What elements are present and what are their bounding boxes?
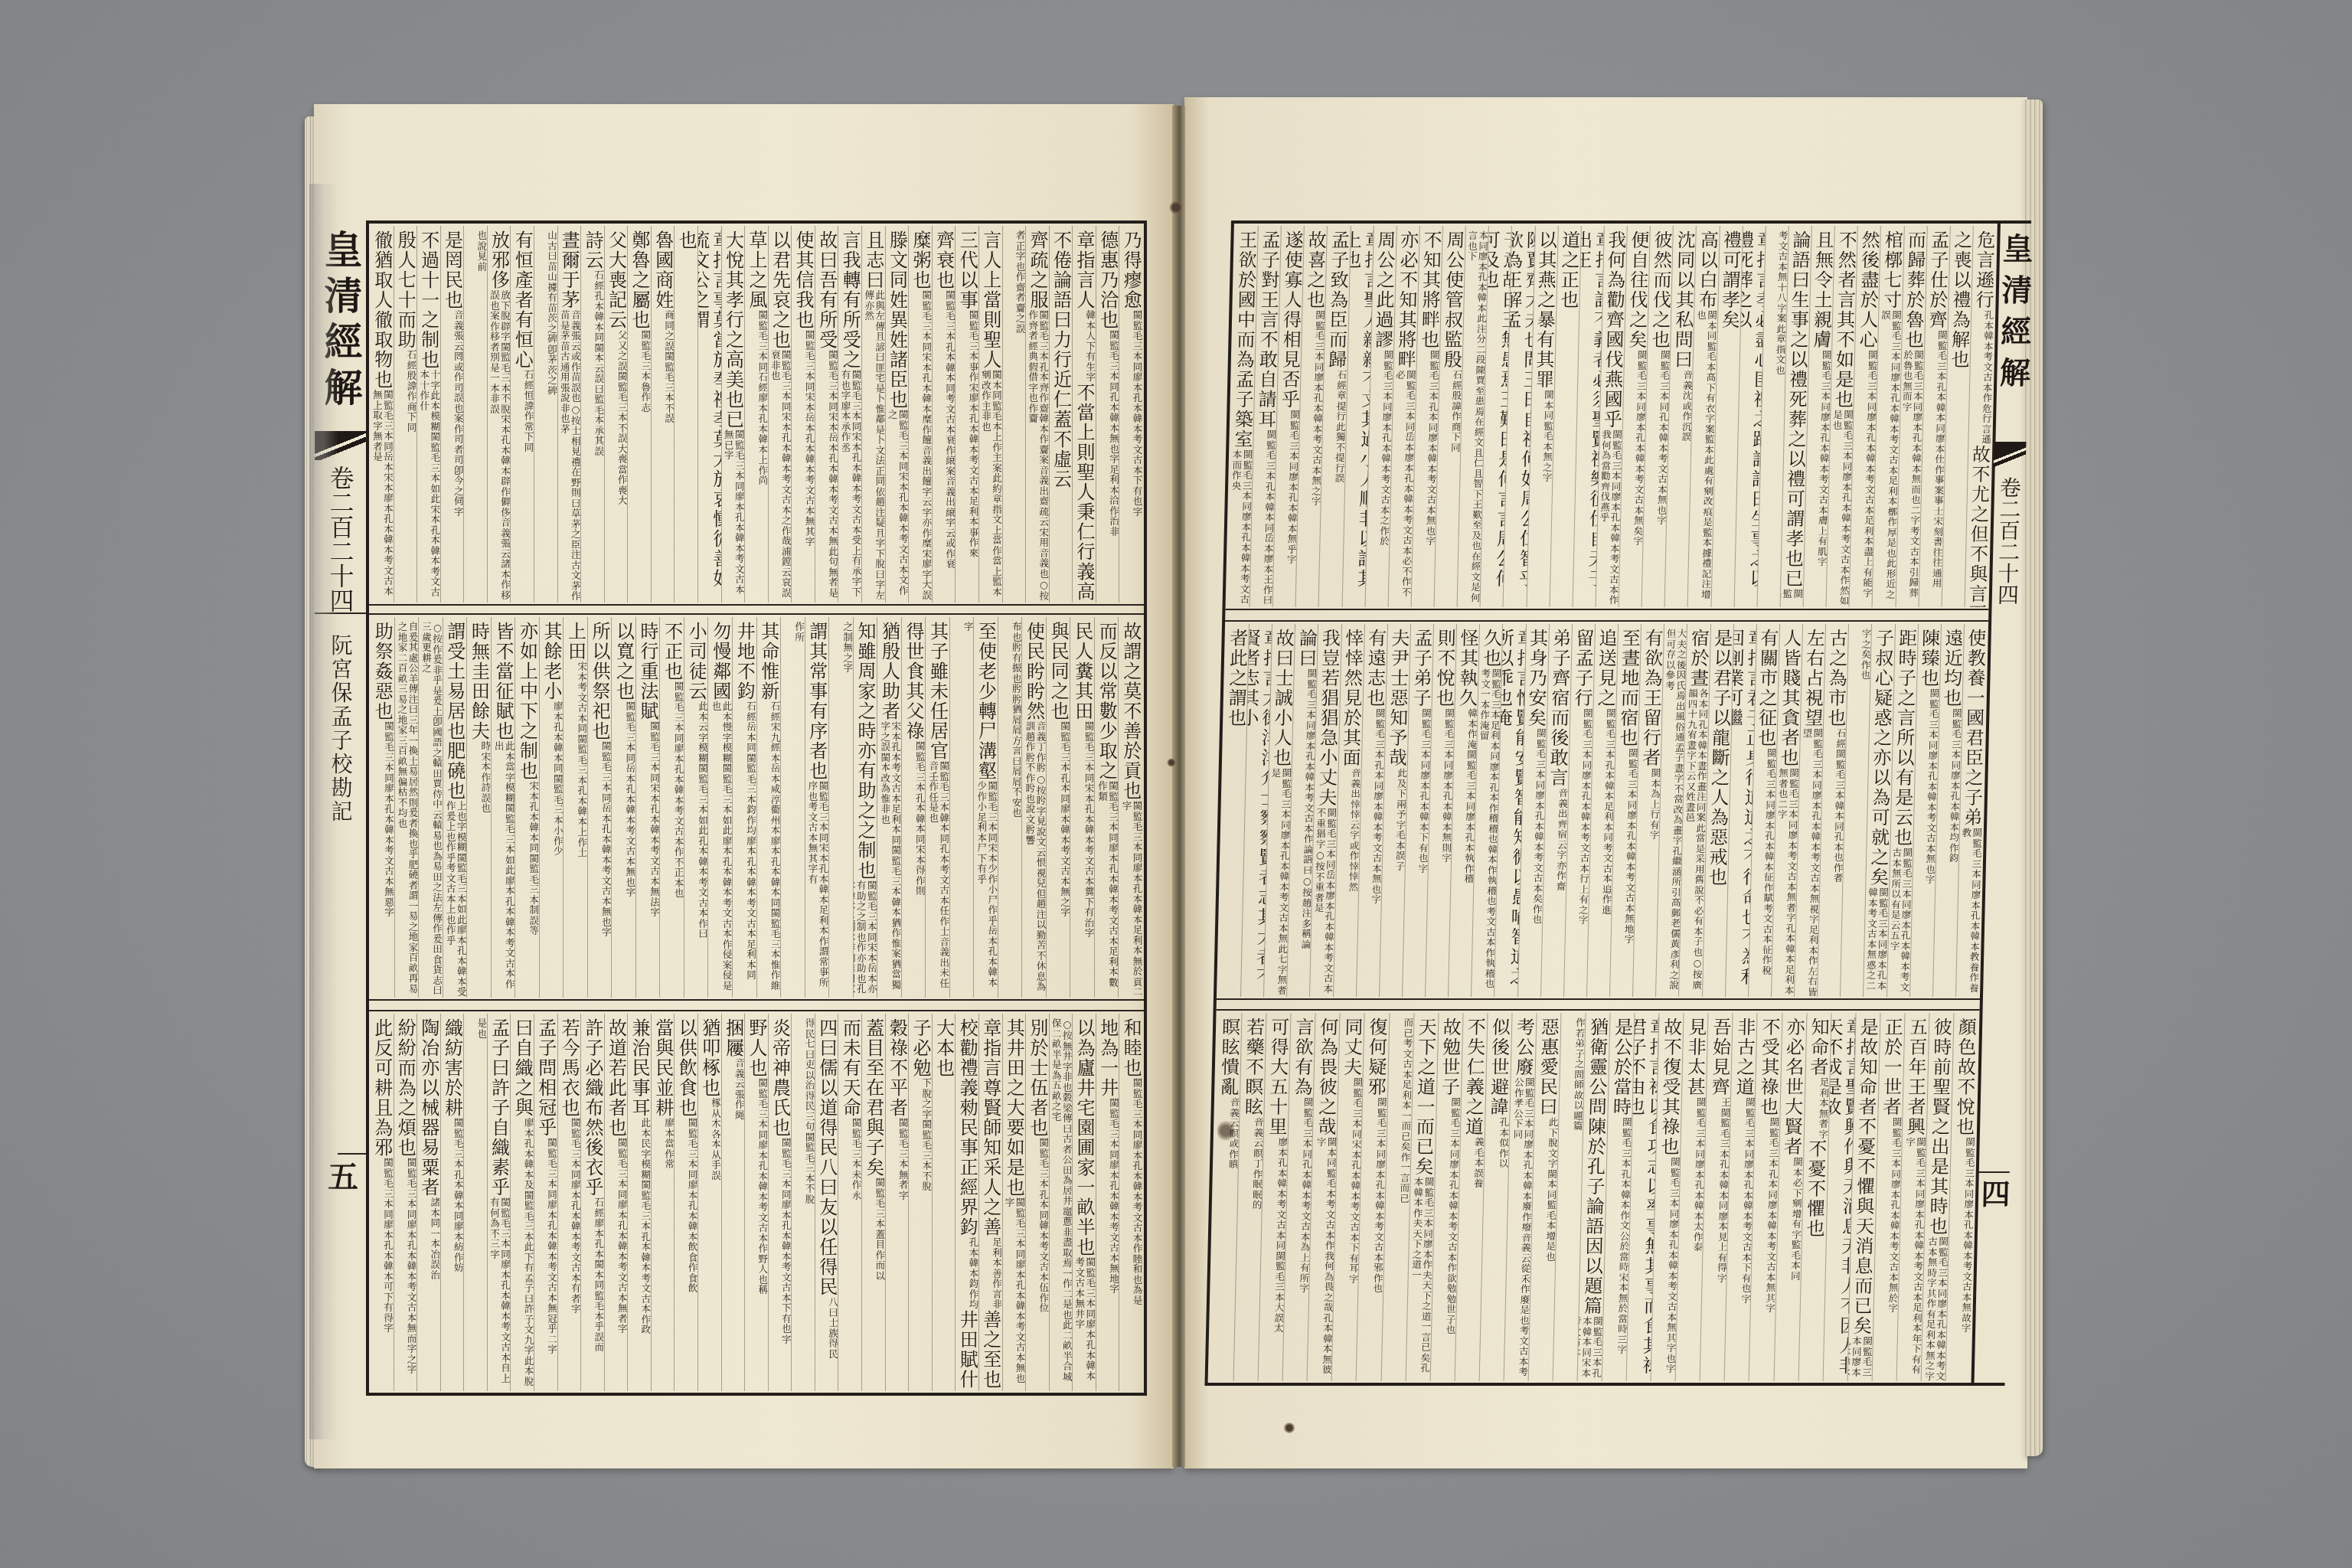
main-text: 則不悅也 — [1432, 629, 1455, 708]
main-text: 以君先哀之也 — [769, 230, 791, 350]
main-text: 魯國商姓 — [652, 230, 674, 310]
text-column: 猶叩椓也椓从木各本从手誤 — [697, 1014, 721, 1391]
main-text: 道之正也 — [1557, 230, 1580, 310]
text-column: 滕文同姓異姓諸臣也閩監毛三本同宋本孔本韓本考文古本文作之 — [885, 226, 909, 603]
main-text: 紛紛而為之煩也 — [394, 1018, 416, 1158]
main-text: 德惠乃洽也 — [1097, 230, 1119, 330]
main-text: 悻悻然見於其面 — [1339, 629, 1364, 768]
main-text: 也 — [675, 230, 697, 250]
annotation-text: 閩監毛三本同廖本孔本韓本足利本無於貢二字 — [1119, 801, 1142, 998]
annotation-text: 閩監毛三本同宋本孔本韓本考文古本文作之 — [886, 410, 909, 603]
main-text: 同丈夫 — [1341, 1018, 1364, 1077]
main-text: 謂其常事有序者也 — [806, 622, 828, 781]
annotation-text: 商同之誤閩監毛三本不誤 — [652, 310, 675, 603]
main-text: 其身乃安矣 — [1524, 629, 1548, 728]
main-text: 者此之謂也 — [1224, 629, 1248, 728]
annotation-text: 閩監毛三本同廖本孔本韓本考文古本無已字 — [722, 430, 745, 603]
text-column: 而未有天命閩監毛三本未作永 — [838, 1014, 861, 1391]
main-text: 大悅其孝行之高美也已 — [722, 230, 743, 430]
annotation-text: 閩監毛三本同宋本岳本亦有助之之制也作亦助也孔本韓本足利本作知雖周家時亦助也考文古… — [854, 880, 877, 998]
main-text: 野人也 — [746, 1018, 767, 1078]
main-text: 四曰儒以道得民八曰友以任得民 — [816, 1018, 838, 1297]
main-text: 其子雖未任居官 — [926, 622, 948, 761]
annotation-text: 廖本孔本韓本同閩監毛三本小作少 — [540, 701, 563, 998]
text-column: 大本也 — [932, 1014, 955, 1391]
text-column: 得民七曰吏以治得民三句閩監毛三本不脫 — [791, 1014, 815, 1391]
strip-divider-lower — [338, 1153, 366, 1155]
annotation-text: 閩監毛三本同廖本孔本韓本考文古本而作央 — [1227, 449, 1253, 607]
annotation-text: 宋本考文古本同閩監毛三本孔本韓本上作土 — [563, 661, 587, 998]
main-text: 故謂之莫不善於貢也 — [1120, 622, 1142, 801]
main-text: 而反以常數少取之 — [1096, 622, 1117, 781]
annotation-text: 父又之誤閩監毛三本不誤大喪當作喪大 — [605, 330, 628, 603]
annotation-text: 也說見前 — [464, 230, 487, 603]
main-text: 時行重法賦 — [637, 622, 658, 721]
annotation-text: 閩監毛三本孔本韓本同宋本得作則 — [902, 741, 926, 998]
main-text: 棺槨七寸 — [1880, 230, 1903, 310]
main-text: 遠近均也 — [1940, 629, 1963, 708]
annotation-text: ○按作爰非乎是爰土卽國語之轅田賈侍中云轅易也為易田之法左傳作爰田食貨志曰三歲更耕… — [419, 622, 443, 998]
main-text-continued: 不憂不懼也 — [1803, 1139, 1827, 1239]
main-text: 是公於當時 — [1609, 1018, 1633, 1117]
text-column: 亦如上中下之制也宋本孔本韓本同閩監毛三本制誤等 — [514, 617, 539, 998]
annotation-text: 閩監毛三本同廖本孔本韓本考文古本作野人也稱 — [745, 1078, 768, 1391]
text-column: 不正也閩監毛三本同廖本孔本韓本考文古本作不正本也 — [659, 617, 684, 998]
main-text: 且志曰 — [863, 230, 884, 290]
annotation-text: 閩監毛三本未作永 — [838, 1118, 861, 1391]
main-text: 故不復受其祿也 — [1658, 1018, 1682, 1157]
annotation-text: 音義張云罔或作司誤也案作司者司卽今之伺字 — [441, 310, 464, 603]
text-column: 使民盻盻然音義丁作肹○按盻字見說文云恨視兒但趙注以勤苦不休息為訓趙作肹不作盻也說… — [1021, 617, 1046, 998]
main-text: 彼時前聖賢之出是其時也 — [1926, 1018, 1952, 1236]
text-column: 兼治民事耳此本民字模糊閩監毛三本孔本韓本考文古本作政 — [627, 1014, 651, 1391]
text-column: 子必勉下脫之字閩監毛三本不脫 — [908, 1014, 932, 1391]
annotation-text: 諸本同一本冶誤治 — [417, 1197, 440, 1391]
text-column: 而反以常數少取之閩監毛三本同廖本孔本韓本考文古本足利本數作類 — [1094, 617, 1119, 998]
main-text: 顏色故不悅也 — [1952, 1018, 1977, 1137]
main-text: 故曰吾有所受 — [816, 230, 838, 350]
annotation-text: 此本云字模糊閩監毛三本如此孔本韓本考文古本作曰 — [684, 701, 708, 998]
main-text: 此反可耕且為邪 — [371, 1018, 393, 1158]
main-text-continued: 故不尤之但不與言至於公行 — [1964, 445, 1990, 608]
strip-divider-lower — [1978, 1171, 2010, 1173]
text-column: 時行重法賦閩監毛三本同宋本孔本韓本考文古本無法字 — [635, 617, 660, 998]
annotation-text: 閩監毛三本同孔本韓本 — [1780, 589, 1803, 607]
annotation-text: 閩監毛三本同孔本韓本無也字足利本洽作治非 — [1096, 330, 1119, 603]
annotation-text: 上也字模糊閩監毛三本如此廖本孔本韓本受作爰上也作乎考文古本上也作乎 — [443, 801, 467, 998]
page-edge-blur — [309, 184, 338, 1439]
main-text: 詩云 — [582, 230, 603, 270]
text-column: 以寬之也閩監毛三本同岳本孔本韓本考文古本無也字 — [611, 617, 635, 998]
text-column: 謂其常事有序者也閩監毛三本同宋本孔本韓本足利本作謂常事所序也考文古本無其字有 — [805, 617, 829, 998]
annotation-text: 閩監毛三本同廖本孔本韓本考文古本足利本數作類 — [1095, 781, 1119, 998]
annotation-text: 閩監毛三本同宋本少作小尸作乎岳本孔本韓本少作小足利本尸下有乎 — [974, 781, 998, 998]
annotation-text: 閩監毛三本同廖本孔本韓本考文古本下有也字 — [769, 1138, 792, 1391]
annotation-text: 孔本韓本考文古本作危行言遜 — [1968, 310, 1994, 445]
text-column: 許子必織布然後衣乎石經廖本孔本閩本同監毛本乎誤而 — [580, 1014, 604, 1391]
annotation-text: 宋本孔本考文古本足利本同閩監毛三本韓本猶作惟案猶當獨字之誤閩本改為惟非也 — [877, 721, 901, 998]
annotation-text: 閩監毛三本同岳本宋本廖本孔本韓本考文古本無上取字無者是 — [371, 390, 394, 603]
annotation-text: 閩監毛三本孔本同廖本韓本考文古本無之字 — [1047, 721, 1070, 998]
text-column: 字 — [949, 617, 974, 998]
text-column: 至使老少轉尸溝壑閩監毛三本同宋本少作小尸作乎岳本孔本韓本少作小足利本尸下有乎 — [973, 617, 998, 998]
main-text: 言我轉有所受之 — [839, 230, 861, 370]
main-text: 時無圭田餘夫 — [468, 622, 489, 741]
annotation-text: 孔本韓本鈞作均 — [955, 1237, 978, 1310]
main-text: 以其燕之暴有其罪 — [1532, 230, 1557, 390]
main-text: 大本也 — [933, 1018, 955, 1078]
main-text: 使民盻盻然 — [1024, 622, 1045, 721]
left-text-frame: 乃得瘳愈閩監毛三本同廖本孔本韓本考文古本下有也字德惠乃洽也閩監毛三本同孔本韓本無… — [366, 220, 1147, 1396]
annotation-text: 石經孔本韓本同閩本云誤曰監毛本承其誤 — [581, 270, 604, 603]
annotation-text: 宋本孔本韓本同閩監毛三本制誤等 — [515, 781, 539, 998]
text-column: 當與民並耕廖本當作常 — [651, 1014, 675, 1391]
main-text: 以供飲食也 — [675, 1018, 697, 1118]
main-text: 孟子致為臣而歸 — [1325, 230, 1350, 370]
text-column: 穀祿不平者閩監毛三本無者字 — [885, 1014, 909, 1391]
text-column: 捆屨音義云張作䋲 — [721, 1014, 745, 1391]
text-column: 章指言尊賢師知采人之善足利本善作言非善之至也 — [978, 1014, 1002, 1391]
text-column: 其井田之大要如是也閩監毛三本同廖本孔本韓本考文古本無也字 — [1002, 1014, 1026, 1391]
annotation-text: 是也 — [464, 1018, 487, 1391]
main-text: 不失仁義之道 — [1462, 1018, 1486, 1137]
annotation-text: 閩監毛三本韓本同孔本考文古本任作士音義出未任音壬作任是也 — [926, 761, 949, 998]
text-column: 蓋目至在君與子矣閩監毛三本蓋目作而以 — [861, 1014, 885, 1391]
annotation-text: 閩監毛三本同廖本孔本韓本飲食作食飲 — [675, 1118, 697, 1391]
main-text: 弟子齊宿而後敢言 — [1546, 629, 1571, 788]
main-text: 有關市之征也 — [1755, 629, 1779, 748]
annotation-text: 閩監毛三本孔本韓本同宋本考文古本 — [1578, 1316, 1603, 1381]
fishtail-ornament — [1994, 442, 2027, 469]
main-text: 不受其祿也 — [1756, 1018, 1780, 1117]
main-text: 乃得瘳愈 — [1120, 230, 1142, 310]
annotation-text: 山古曰苗山據有苗茨之碑卽茅茨之碑 — [534, 230, 557, 603]
text-column: 德惠乃洽也閩監毛三本同孔本韓本無也字足利本洽作治非 — [1096, 226, 1119, 603]
main-text: 周公使管叔監殷 — [1440, 230, 1465, 370]
annotation-text: 足利本善作言非 — [979, 1237, 1002, 1310]
main-text: 章指言人 — [1073, 230, 1095, 310]
text-column: 以君先哀之也閩監毛三本同宋本孔本韓本考文古本之作哉浦鏜云哀誤衰非也 — [768, 226, 792, 603]
annotation-text: 閩監毛三本同廖本孔本韓本考文古本自上有何為不三字 — [488, 1197, 511, 1391]
upper-register: 危言遜行孔本韓本考文古本作危行言遜故不尤之但不與言至於公行之喪以禮為解也孟子仕於… — [1225, 224, 1997, 610]
binding-hole-top — [1169, 201, 1183, 214]
text-column: 其子雖未任居官閩監毛三本韓本同孔本考文古本任作士音義出未任音壬作任是也 — [925, 617, 949, 998]
text-column: 孟子曰許子自織素乎閩監毛三本同廖本孔本韓本考文古本自上有何為不三字 — [487, 1014, 511, 1391]
main-text: 孟子弟子 — [1410, 629, 1432, 708]
page-number: 四 — [1977, 1179, 2010, 1208]
annotation-text: 閩監毛三本事作宋廖本孔本韓本考文古本足利本事作來 — [955, 310, 978, 603]
main-text: 小司徒云 — [685, 622, 707, 701]
annotation-text: 閩監毛三本同廖本孔本韓本考文古本無時字其作有足利本無之字 — [1921, 1236, 1948, 1381]
annotation-text: 閩監毛三本同宋本孔本韓本考文古本之作哉浦鏜云哀誤衰非也 — [769, 350, 792, 603]
main-text: 追送見之 — [1594, 629, 1617, 708]
text-column: 章指言人韓本人下有生字不當上則聖人秉仁行義高山景行庶幾 — [1072, 226, 1096, 603]
text-column: 和睦也閩監毛三本同廖本孔本韓本考文古本作睦和也為是 — [1119, 1014, 1142, 1391]
text-column: 也 — [674, 226, 697, 603]
annotation-text: 韓本人下有生字 — [1073, 310, 1096, 383]
main-text: 知雖周家之時亦有助之之制也 — [854, 622, 876, 880]
main-text: 猶叩椓也 — [699, 1018, 720, 1098]
main-text: 捆屨 — [722, 1018, 743, 1058]
main-text: 言欲有為 — [1291, 1018, 1314, 1097]
text-column: 四曰儒以道得民八曰友以任得民八曰士族得民 — [815, 1014, 838, 1391]
main-text: 考公廢 — [1512, 1018, 1535, 1077]
main-text: 助祭姦惡也 — [371, 622, 393, 721]
annotation-text: 閩監毛三本同岳本孔本韓本考文古本無也字 — [612, 701, 635, 998]
main-text: 子必勉 — [910, 1018, 931, 1078]
annotation-text: 閩監毛三本同廖本孔本韓本教養作養教 — [1956, 828, 1982, 997]
main-text: 有恒產者有恒心 — [511, 230, 533, 370]
text-column: 助祭姦惡也閩監毛三本同廖本孔本韓本考文古本無惡字 — [371, 617, 394, 998]
main-text: 糜粥也 — [910, 230, 931, 290]
annotation-text: 廖本孔本韓本及閩監毛三本此下有孟子曰許子文九字此本脫 — [511, 1118, 534, 1391]
annotation-text: 閩監毛三本孔本齊作齋韓本作齎案音義出齋疏云宋用音義也○按作齊者經典假借字也作齎 — [1026, 310, 1049, 603]
main-text: 得世食其父祿 — [903, 622, 924, 741]
annotation-text: 此本慢字模糊閩監毛三本如此廖本孔本韓本考文古本作侵案侵是也 — [708, 701, 732, 998]
annotation-text: 閩監毛三本同廖本孔本韓本考文古本無惑之二 — [1864, 887, 1888, 997]
text-column: 其餘老小廖本孔本韓本同閩監毛三本小作少 — [539, 617, 563, 998]
annotation-text: 閩監毛三本同宋本岳本孔本韓本考文古本無其字 — [792, 330, 815, 603]
annotation-text: 放下脫辟字閩監毛三本不脫宋本孔本韓本辟作僻侈音義張云諸本作移誤也案作移者別是一本… — [488, 290, 511, 603]
main-text: 滕文同姓異姓諸臣也 — [886, 230, 907, 410]
main-text: 周公之此過謬 — [1371, 230, 1396, 350]
main-text: 草上之風 — [746, 230, 767, 310]
main-text: 不然者言其不如是也 — [1831, 230, 1857, 410]
main-text: 正於一世者 — [1880, 1018, 1903, 1117]
lower-register: 和睦也閩監毛三本同廖本孔本韓本考文古本作睦和也為是地為一井閩監毛三本同廖本孔本韓… — [369, 1010, 1144, 1393]
text-column: 織紡害於耕閩監毛三本孔本韓本同廖本紡作妨 — [440, 1014, 464, 1391]
main-text: 陳臻也 — [1917, 629, 1940, 688]
main-text: 禮可謂孝矣 — [1718, 230, 1742, 330]
main-text: 齊疏之服 — [1027, 230, 1048, 310]
annotation-text: 石經殷諱作商下同 — [394, 350, 417, 603]
text-column: 齊疏之服閩監毛三本孔本齊作齋韓本作齎案音義出齋疏云宋用音義也○按作齊者經典假借字… — [1025, 226, 1049, 603]
annotation-text: 閩監毛三本同廖本孔本韓本考文古本無井字 — [1073, 1257, 1096, 1391]
text-column: 糜粥也閩監毛三本同宋本孔本韓本糜作饘音義出饘字云字亦作糜宋廖字大誤 — [908, 226, 932, 603]
main-text: 惡惠愛民曰 — [1536, 1018, 1560, 1117]
main-text: 勿慢鄰國 — [710, 622, 731, 701]
annotation-text: 十字此本模糊閩監毛三本如此宋本孔本韓本考文古本十作什 — [417, 370, 440, 603]
annotation-text: 閩本同監毛本上作主案此約章指文上當作當上監本剜改作主非也 — [979, 370, 1002, 603]
main-text: 當與民並耕 — [652, 1018, 674, 1118]
main-text: 瞑眩憒亂 — [1217, 1018, 1240, 1097]
main-text: 不正也 — [661, 622, 683, 681]
annotation-text: 閩監毛三本同廖本孔本韓本考文古本作不正本也 — [660, 681, 684, 998]
main-text: 之喪以禮為解也 — [1948, 230, 1972, 370]
text-column: 且志曰此與左傳且諺曰匪宅是卜惟鄰是卜文法正同依趙注疑且字下脫曰字左傳亦然 — [861, 226, 885, 603]
text-column: 井地不鈞石經岳本同閩監毛三本鈞作均廖本孔本韓本考文古本足利本同 — [732, 617, 756, 998]
main-text: 若藥不瞑眩 — [1241, 1018, 1265, 1117]
main-text: 有欲為王留行者 — [1638, 629, 1663, 768]
main-text: 以為廬井宅園圃家一畝半也 — [1073, 1018, 1095, 1257]
main-text: 亦必名世大賢者 — [1780, 1018, 1805, 1157]
main-text: 炎帝神農氏也 — [769, 1018, 791, 1138]
annotation-text: 音義云張作䋲 — [722, 1058, 745, 1391]
text-column: 地為一井閩監毛三本同廖本孔本韓本考文古本無地字 — [1096, 1014, 1119, 1391]
main-text: 復何疑邪 — [1364, 1018, 1387, 1097]
right-page-content: 危言遜行孔本韓本考文古本作危行言遜故不尤之但不與言至於公行之喪以禮為解也孟子仕於… — [1204, 220, 2035, 1386]
main-text: 有遠志也 — [1364, 629, 1387, 708]
text-column: 三代以事閩監毛三本事作宋廖本孔本韓本考文古本足利本事作來 — [955, 226, 978, 603]
annotation-text: 作所 — [781, 622, 805, 998]
main-text: 孟子曰許子自織素乎 — [488, 1018, 510, 1197]
main-text: 上田 — [565, 622, 586, 661]
main-text: 皆不當征賦也 — [492, 622, 514, 741]
main-text: 徹猶取人徹取物也 — [371, 230, 393, 390]
main-text: 猶殷人助者 — [878, 622, 900, 721]
main-text: 古之為市也 — [1824, 629, 1848, 728]
annotation-text: 椓从木各本从手誤 — [698, 1098, 721, 1391]
main-text: 其餘老小 — [541, 622, 562, 701]
text-column: 也說見前 — [463, 226, 487, 603]
text-column: 小司徒云此本云字模糊閩監毛三本如此孔本韓本考文古本作曰 — [684, 617, 708, 998]
text-column: 別於士伍者也閩監毛三本孔本同韓本考文古本伍作位 — [1025, 1014, 1049, 1391]
main-text: 所以供祭祀也 — [589, 622, 610, 741]
main-text: 何為畏彼之哉 — [1315, 1018, 1339, 1137]
annotation-text: 閩監毛三本同廖本孔本韓本考文古本無地字 — [1096, 1098, 1119, 1391]
main-text: 人皆賤其貪者也 — [1777, 629, 1802, 768]
text-column: ○按無井字非也穀梁傳曰古者公田為居井竈蔥韭盡取焉一作二是也此二畝半合城保二畝半是… — [1049, 1014, 1073, 1391]
main-text: 與民同之也 — [1047, 622, 1069, 721]
main-text: 父大喪記云 — [605, 230, 626, 330]
main-text: 留孟子行 — [1571, 629, 1594, 708]
main-text: 遂使寡人得相見否乎 — [1278, 230, 1303, 410]
text-column: 得世食其父祿閩監毛三本孔本韓本同宋本得作則 — [901, 617, 926, 998]
text-column: 乃得瘳愈閩監毛三本同廖本孔本韓本考文古本下有也字 — [1119, 226, 1142, 603]
main-text-continued: 井田賦什一則為國 — [956, 1310, 978, 1392]
annotation-text: 閩監毛三本同廖本孔本韓本考文古本無而字之字 — [394, 1158, 417, 1391]
text-column: 以為廬井宅園圃家一畝半也閩監毛三本同廖本孔本韓本考文古本無井字 — [1072, 1014, 1096, 1391]
main-text: 非古之道 — [1733, 1018, 1756, 1097]
text-column: 章指言事莫當於奉禮孝莫大於哀慟從善如流文公之謂 — [697, 226, 721, 603]
main-text: 左右占視望 — [1802, 629, 1825, 728]
annotation-text: 得民七曰吏以治得民三句閩監毛三本不脫 — [792, 1018, 815, 1391]
main-text: 曰自織之與 — [511, 1018, 533, 1118]
text-column: 齊衰也閩監毛三本孔本韓本同考文古本衰作縗案音義出縗字云或作衰 — [932, 226, 955, 603]
main-text: 怪其執久 — [1455, 629, 1478, 708]
annotation-text: 閩監毛三本同宋本孔本韓本考文古本無法字 — [636, 721, 660, 998]
main-text: 宿於晝 — [1687, 629, 1710, 688]
text-column: 炎帝神農氏也閩監毛三本同廖本孔本韓本考文古本下有也字 — [768, 1014, 792, 1391]
main-text: 使教養一國君臣之子弟 — [1960, 629, 1986, 828]
text-column: 山古曰苗山據有苗茨之碑卽茅茨之碑 — [534, 226, 557, 603]
main-text: 齊衰也 — [933, 230, 955, 290]
annotation-text: 石經恒諱作常下同 — [511, 370, 534, 603]
text-column: 大悅其孝行之高美也已閩監毛三本同廖本孔本韓本考文古本無已字 — [721, 226, 745, 603]
main-text: 不過十一之制也 — [418, 230, 439, 370]
main-text: 我豈若猖猖急小丈夫 — [1315, 629, 1341, 808]
annotation-text: 閩監毛三本同岳本孔本韓本考文古本無也字 — [588, 741, 612, 998]
paper-blemish — [1283, 1423, 1295, 1433]
annotation-text: ○按無井字非也穀梁傳曰古者公田為居井竈蔥韭盡取焉一作二是也此二畝半合城保二畝半是… — [1050, 1018, 1073, 1391]
text-column: 布也肹有振也肹肹猶屑屑方言曰屑屑不安也 — [998, 617, 1022, 998]
main-text: 久也 — [1480, 629, 1502, 668]
main-text: 故喜之也 — [1303, 230, 1326, 310]
text-column: 鄭魯之屬也閩監毛三本魯作志 — [627, 226, 651, 603]
text-column: 詩云石經孔本韓本同閩本云誤曰監毛本承其誤 — [580, 226, 604, 603]
middle-register: 故謂之莫不善於貢也閩監毛三本同廖本孔本韓本足利本無於貢二字而反以常數少取之閩監毛… — [369, 613, 1144, 1001]
annotation-text: 石經宋九經本岳本咸淳衢州本廖本孔本韓本同閩監毛三本惟作維 — [757, 701, 781, 998]
main-text: 沈同以其私問曰 — [1671, 230, 1695, 370]
text-column: 上田宋本考文古本同閩監毛三本孔本韓本上作土 — [563, 617, 587, 998]
annotation-text: 閩監毛三本同廖本孔本韓本考文古本無故字 — [1946, 1137, 1975, 1381]
text-column: 所以供祭祀也閩監毛三本同岳本孔本韓本考文古本無也字 — [587, 617, 612, 998]
annotation-text: 此與左傳且諺曰匪宅是卜惟鄰是卜文法正同依趙注疑且字下脫曰字左傳亦然 — [862, 290, 885, 603]
annotation-text: 下脫之字閩監毛三本不脫 — [909, 1078, 932, 1391]
main-text: 吾始見齊 — [1708, 1018, 1731, 1097]
annotation-text: 閩監毛三本孔本韓本同廖本紡作妨 — [441, 1118, 464, 1391]
upper-register: 乃得瘳愈閩監毛三本同廖本孔本韓本考文古本下有也字德惠乃洽也閩監毛三本同孔本韓本無… — [369, 224, 1144, 606]
right-text-frame: 危言遜行孔本韓本考文古本作危行言遜故不尤之但不與言至於公行之喪以禮為解也孟子仕於… — [1204, 220, 2001, 1386]
annotation-text: 閩監毛三本同廖本孔本韓本考文古本無冠乎二字 — [534, 1138, 557, 1391]
main-text: 故道若此者也 — [605, 1018, 626, 1138]
main-text: 孟子問相冠乎 — [535, 1018, 557, 1138]
annotation-text: 閩監毛三本同廖本孔本韓本考文古本有者字 — [558, 1118, 581, 1391]
text-column: 徹猶取人徹取物也閩監毛三本同岳本宋本廖本孔本韓本考文古本無上取字無者是 — [371, 226, 394, 603]
annotation-text: 閩監毛三本孔本同韓本考文古本伍作位 — [1026, 1138, 1049, 1391]
annotation-text: 石經岳本同閩監毛三本鈞作均廖本孔本韓本考文古本足利本同 — [733, 701, 756, 998]
text-column: 是罔民也音義張云罔或作司誤也案作司者司卽今之伺字 — [440, 226, 464, 603]
main-text: 鄭魯之屬也 — [629, 230, 650, 330]
main-text: 天下之道一而已矣 — [1412, 1018, 1437, 1177]
annotation-text: 音義丁作肹○按盻字見說文云恨視兒但趙注以勤苦不休息為訓趙作肹不作盻也說文肹響 — [1022, 721, 1046, 998]
text-column: 民人糞其田閩監毛三本同宋本孔本韓本考文古本糞下有治字 — [1070, 617, 1094, 998]
annotation-text: 布也肹有振也肹肹猶屑屑方言曰屑屑不安也 — [998, 622, 1022, 998]
text-column: 時無圭田餘夫時宋本作詩誤也 — [466, 617, 491, 998]
annotation-text: 自爰其處公羊傳注曰三年一換土易居然則爰者換也乎肥磽者謂一易之地家百畝再易之地家二… — [395, 622, 419, 998]
main-text: 而未有天命 — [839, 1018, 861, 1118]
main-text: 孟子仕於齊 — [1926, 230, 1949, 330]
main-text: 見非太甚 — [1684, 1018, 1707, 1097]
text-column: 作所 — [780, 617, 805, 998]
text-column: 知雖周家之時亦有助之之制也閩監毛三本同宋本岳本亦有助之之制也作亦助也孔本韓本足利… — [853, 617, 877, 998]
text-column: 草上之風閩監毛三本同石經廖本孔本韓本上作尚 — [744, 226, 768, 603]
annotation-text: 閩監毛三本同宋本孔本韓本考文古本糞下有治字 — [1070, 721, 1094, 998]
annotation-text: 時宋本作詩誤也 — [467, 741, 491, 998]
main-text: 和睦也 — [1120, 1018, 1142, 1078]
main-text: 織紡害於耕 — [441, 1018, 462, 1118]
annotation-text: 閩監毛三本同廖本孔本韓本考文古本無所以有是云五字 — [1886, 848, 1913, 997]
main-text: 三代以事 — [956, 230, 978, 310]
main-text: 晝爾于茅 — [558, 230, 580, 310]
annotation-text: 足利本無者字 — [1804, 1077, 1829, 1139]
main-text: 然後盡於人心 — [1856, 230, 1880, 350]
annotation-text: 石經廖本孔本閩本同監毛本乎誤而 — [581, 1197, 604, 1391]
main-text: 危言遜行 — [1972, 230, 1995, 310]
main-text: 殷人七十而助 — [394, 230, 416, 350]
text-column: 此反可耕且為邪閩監毛三本同廖本孔本韓本可下有得字 — [371, 1014, 394, 1391]
main-text: 兼治民事耳 — [629, 1018, 650, 1118]
main-text: 五百年王者興 — [1903, 1018, 1928, 1137]
annotation-text: 八曰士族得民 — [815, 1297, 838, 1391]
annotation-text: 閩監毛三本孔本韓本同考文古本衰作縗案音義出縗字云或作衰 — [933, 290, 955, 603]
main-text: 章指言事莫當於奉禮孝莫大於哀慟從善如流文公之謂 — [697, 230, 721, 603]
main-text: 民人糞其田 — [1072, 622, 1093, 721]
annotation-text: 音義張云或作苗誤也○按士相見禮在野則曰草茅之臣注古文茅作苗是茅苗古通用張說非也茅 — [558, 310, 581, 603]
main-text: 其命惟新 — [758, 622, 779, 701]
main-text: 使其信我也 — [792, 230, 814, 330]
text-column: 謂受土易居也肥磽也上也字模糊閩監毛三本如此廖本孔本韓本受作爰上也作乎考文古本上也… — [443, 617, 467, 998]
book-gutter — [1172, 106, 1185, 1467]
main-text: 不知其將畔也 — [1418, 230, 1442, 350]
annotation-text: 閩監毛三本同廖本孔本韓本考文古本無此文 — [1847, 1336, 1872, 1381]
annotation-text: 閩監毛三本魯作志 — [628, 330, 651, 603]
text-column: 其命惟新石經宋九經本岳本咸淳衢州本廖本孔本韓本同閩監毛三本惟作維 — [756, 617, 781, 998]
text-column: 言我轉有所受之閩監毛三本同宋本孔本韓本考文古本受上有承字下有也字廖本承作丞 — [838, 226, 861, 603]
text-column: 孟子問相冠乎閩監毛三本同廖本孔本韓本考文古本無冠乎二字 — [534, 1014, 557, 1391]
annotation-text: 閩監毛三本同廖本孔本韓本考文古本無惡字 — [371, 721, 394, 998]
main-text: 校勸禮義勑民事正經界鈞 — [956, 1018, 978, 1237]
